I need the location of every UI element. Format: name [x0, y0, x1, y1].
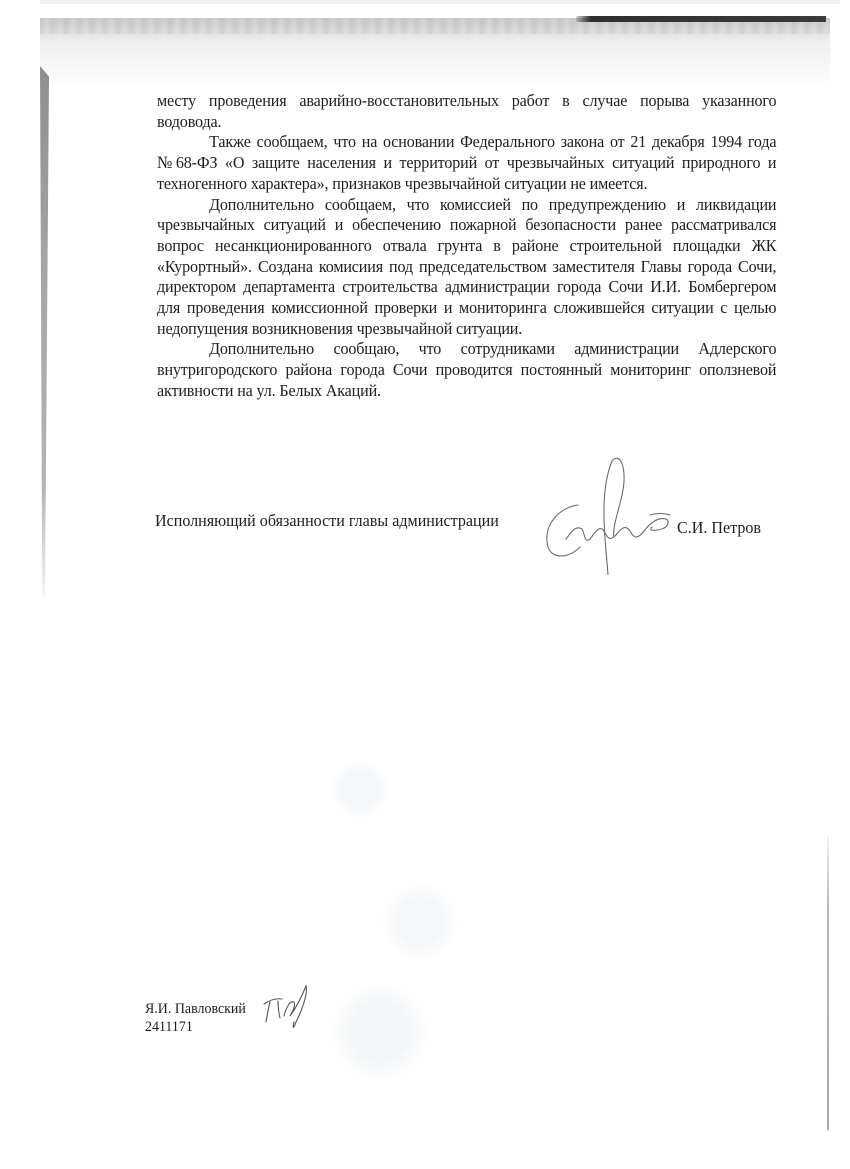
scan-left-edge	[40, 66, 49, 596]
initials-icon	[262, 982, 312, 1032]
scan-top-dark-edge	[576, 16, 826, 22]
paragraph-no-emergency: Также сообщаем, что на основании Федерал…	[157, 132, 776, 194]
scan-right-edge	[827, 835, 829, 1130]
letter-body: месту проведения аварийно-восстановитель…	[157, 91, 776, 402]
executor-info: Я.И. Павловский 2411171	[145, 1000, 246, 1036]
scan-top-noise	[40, 0, 840, 4]
signature-icon	[540, 455, 690, 575]
stamp-bleed-through	[300, 680, 500, 1120]
signatory-position: Исполняющий обязанности главы администра…	[155, 511, 499, 531]
paragraph-commission: Дополнительно сообщаем, что комиссией по…	[157, 195, 776, 340]
executor-name: Я.И. Павловский	[145, 1000, 246, 1018]
executor-phone: 2411171	[145, 1018, 246, 1036]
paragraph-monitoring: Дополнительно сообщаю, что сотрудниками …	[157, 339, 776, 401]
paragraph-continuation: месту проведения аварийно-восстановитель…	[157, 91, 776, 132]
